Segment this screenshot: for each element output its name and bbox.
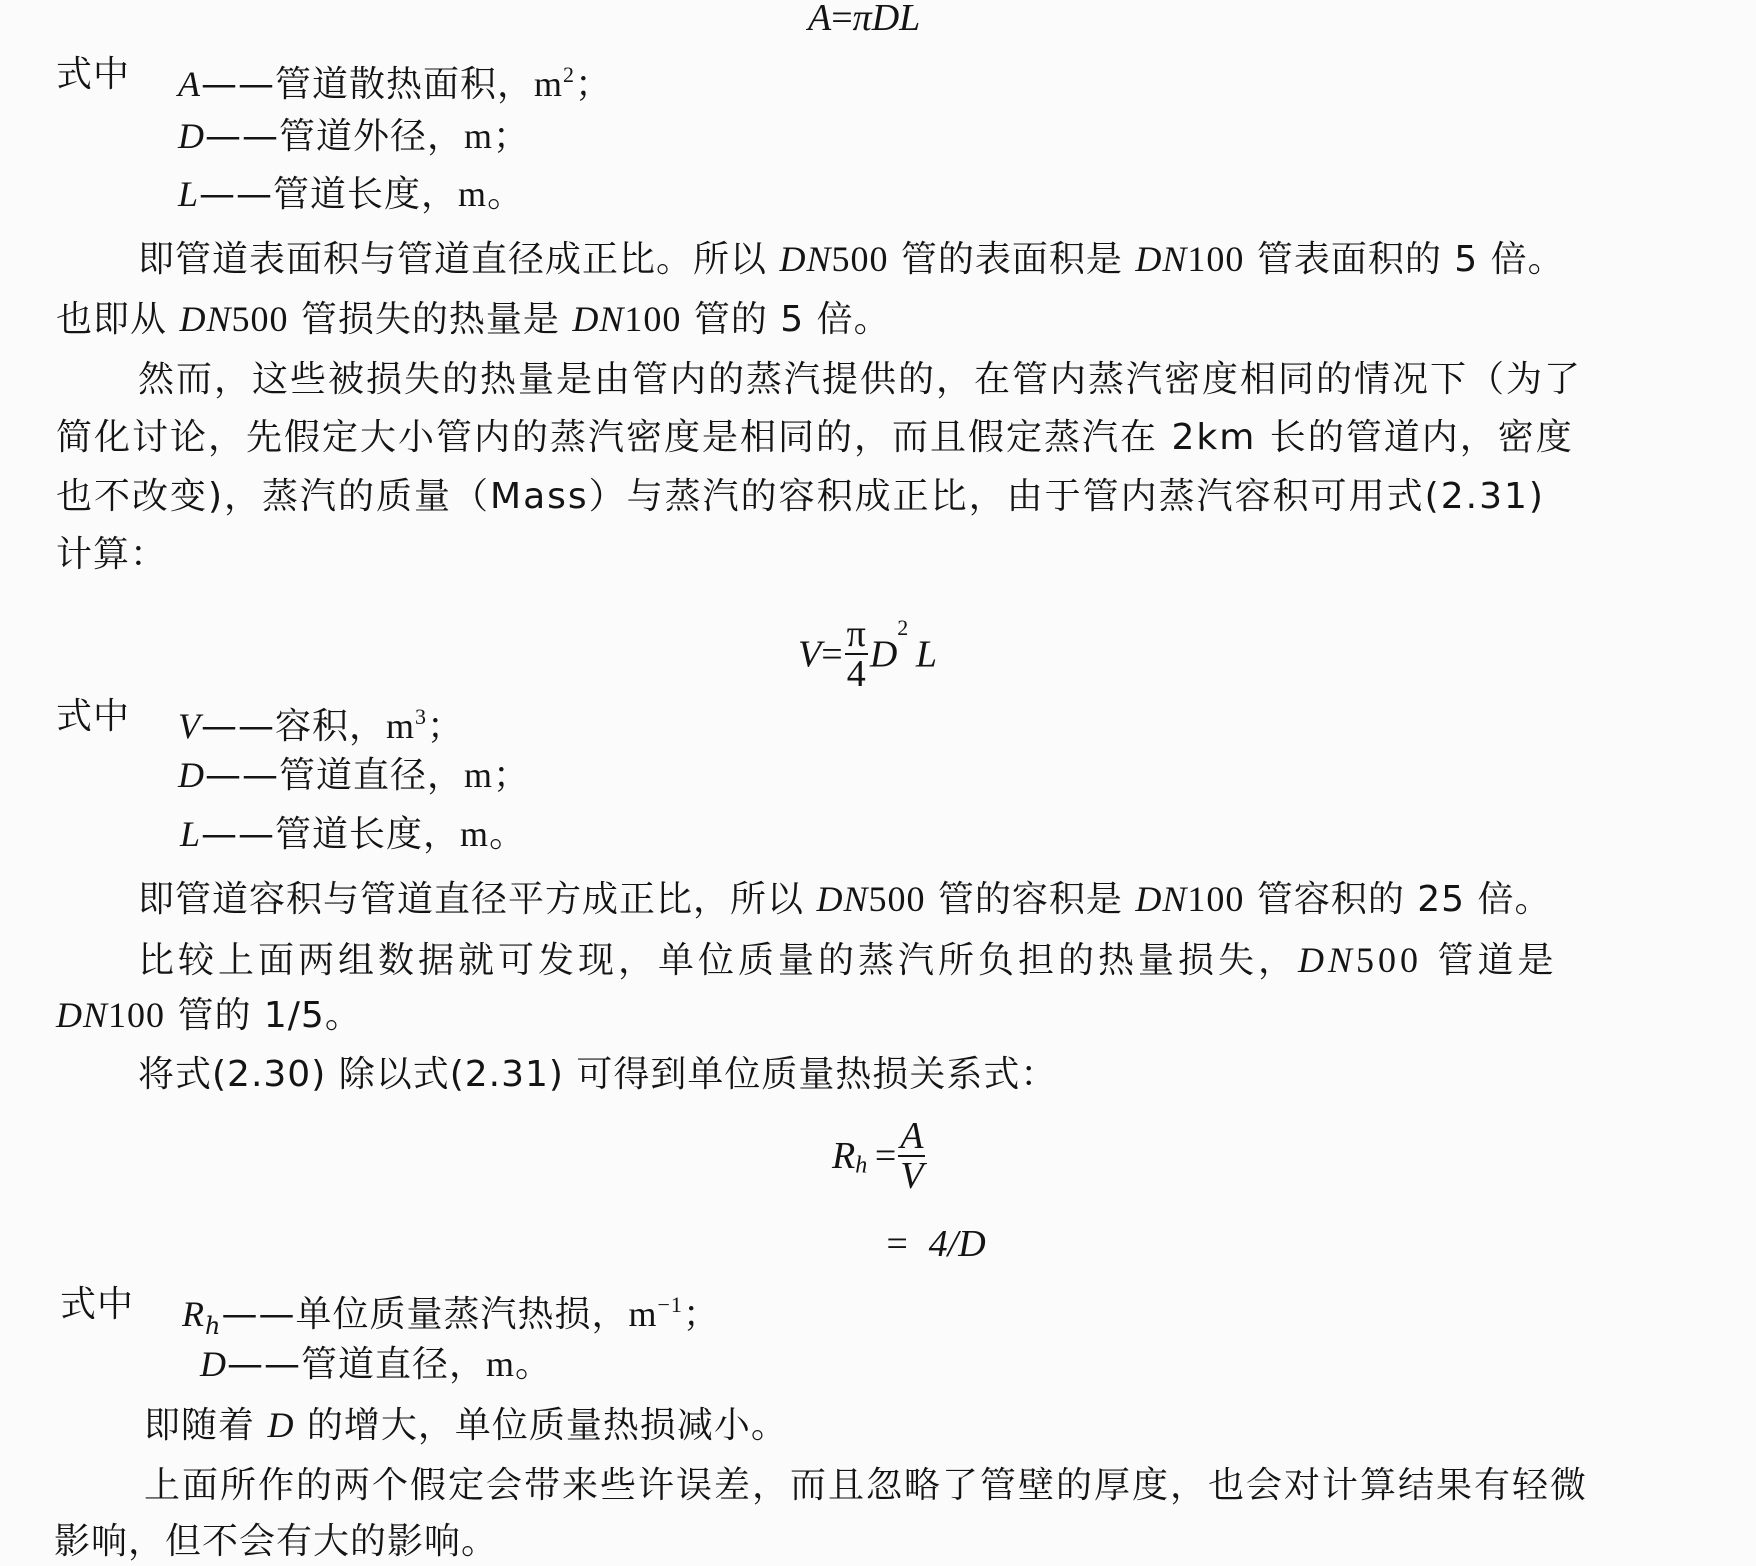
text: 管的容积是 (925, 879, 1135, 920)
dn-symbol: DN (572, 299, 624, 339)
paragraph-1-line-2: 也即从 DN500 管损失的热量是 DN100 管的 5 倍。 (56, 297, 891, 342)
text: 管的表面积是 (888, 239, 1135, 280)
where-item-length: L——管道长度，m。 (178, 172, 524, 217)
paragraph-4-line-2: DN100 管的 1/5。 (56, 993, 362, 1038)
text: 也即从 (56, 299, 179, 340)
where-prefix-3: 式中 (60, 1283, 134, 1327)
punctuation: 。 (487, 174, 524, 215)
document-page: A=πDL 式中 A——管道散热面积，m2； D——管道外径，m； L——管道长… (0, 0, 1756, 1566)
dn-symbol: DN (179, 299, 231, 339)
where-item-length-2: L——管道长度，m。 (180, 812, 526, 857)
symbol-d: D (178, 116, 205, 156)
dn-value: 100 (624, 299, 681, 339)
dash: —— (205, 755, 279, 796)
subscript-h: h (205, 1312, 221, 1340)
text: 比较上面两组数据就可发现，单位质量的蒸汽所负担的热量损失， (138, 940, 1298, 981)
paragraph-2-line-3: 也不改变)，蒸汽的质量（Mass）与蒸汽的容积成正比，由于管内蒸汽容积可用式(2… (56, 475, 1545, 519)
formula-rh-eq: = (875, 1135, 896, 1177)
punctuation: ； (575, 64, 612, 105)
text: 即管道容积与管道直径平方成正比，所以 (138, 879, 816, 920)
numerator: π (845, 616, 868, 652)
dn-value: 500 (868, 879, 925, 919)
text: 的增大，单位质量热损减小。 (294, 1405, 787, 1446)
fraction-a-over-v: AV (898, 1118, 925, 1194)
where-prefix-2: 式中 (56, 695, 130, 739)
paragraph-2-line-2: 简化讨论，先假定大小管内的蒸汽密度是相同的，而且假定蒸汽在 2km 长的管道内，… (56, 416, 1574, 460)
where-item-diameter-2: D——管道直径，m； (178, 753, 530, 798)
paragraph-4-line-1: 比较上面两组数据就可发现，单位质量的蒸汽所负担的热量损失，DN500 管道是 (138, 938, 1557, 983)
unit-exponent: 2 (563, 62, 575, 87)
text: 即管道表面积与管道直径成正比。所以 (138, 239, 779, 280)
unit: m (386, 706, 415, 746)
punctuation: ； (427, 706, 464, 747)
where-prefix-1: 式中 (56, 53, 130, 97)
text: 管道是 (1422, 940, 1557, 981)
unit: m (464, 116, 493, 156)
definition-text: 管道长度， (275, 814, 460, 855)
dash: —— (221, 1294, 295, 1335)
where-item-diameter: D——管道外径，m； (178, 114, 530, 159)
punctuation: 。 (515, 1344, 552, 1385)
dn-value: 100 (108, 995, 165, 1035)
where-item-area: A——管道散热面积，m2； (178, 53, 612, 107)
definition-text: 管道外径， (279, 116, 464, 157)
symbol-r: R (182, 1294, 205, 1334)
where-item-rh: Rh——单位质量蒸汽热损，m−1； (182, 1283, 720, 1348)
formula-volume: V=π4D2 L (798, 606, 937, 692)
unit-exponent: 3 (415, 704, 427, 729)
text: 管的 1/5。 (165, 995, 362, 1036)
paragraph-1-line-1: 即管道表面积与管道直径成正比。所以 DN500 管的表面积是 DN100 管表面… (138, 237, 1565, 282)
symbol-a: A (178, 64, 201, 104)
dash: —— (227, 1344, 301, 1385)
definition-text: 容积， (275, 706, 386, 747)
paragraph-2-line-4: 计算： (56, 533, 167, 577)
symbol-d: D (870, 633, 897, 675)
unit: m (534, 64, 563, 104)
unit: m (628, 1294, 657, 1334)
dash: —— (201, 64, 275, 105)
text: 管容积的 25 倍。 (1244, 879, 1551, 920)
paragraph-5: 将式(2.30) 除以式(2.31) 可得到单位质量热损关系式： (138, 1053, 1057, 1097)
definition-text: 管道长度， (273, 174, 458, 215)
dn-value: 500 (831, 239, 888, 279)
dn-value: 500 (231, 299, 288, 339)
paragraph-3: 即管道容积与管道直径平方成正比，所以 DN500 管的容积是 DN100 管容积… (138, 877, 1552, 922)
formula-volume-eq: = (821, 633, 842, 675)
fraction-pi-over-4: π4 (845, 616, 868, 692)
denominator: 4 (845, 656, 868, 692)
dash: —— (205, 116, 279, 157)
unit: m (460, 814, 489, 854)
unit-exponent: −1 (658, 1292, 683, 1317)
dash: —— (199, 174, 273, 215)
paragraph-7-line-2: 影响，但不会有大的影响。 (54, 1520, 498, 1564)
unit: m (458, 174, 487, 214)
punctuation: ； (683, 1294, 720, 1335)
symbol-l: L (178, 174, 199, 214)
dn-value: 100 (1187, 879, 1244, 919)
numerator: A (898, 1118, 925, 1154)
text: 管损失的热量是 (288, 299, 572, 340)
symbol-l: L (180, 814, 201, 854)
formula-volume-lhs: V (798, 633, 821, 675)
formula-area-lhs: A (808, 0, 831, 39)
text: 即随着 (144, 1405, 267, 1446)
text: 管表面积的 5 倍。 (1244, 239, 1564, 280)
dn-symbol: DN (1298, 940, 1356, 980)
paragraph-2-line-1: 然而，这些被损失的热量是由管内的蒸汽提供的，在管内蒸汽密度相同的情况下（为了 (138, 358, 1582, 402)
formula-rh: Rh =AV (832, 1118, 927, 1194)
formula-area-eq: = (831, 0, 852, 39)
formula-area-rhs: πDL (853, 0, 921, 39)
dn-symbol: DN (779, 239, 831, 279)
dn-symbol: DN (1135, 239, 1187, 279)
dn-value: 100 (1187, 239, 1244, 279)
punctuation: ； (493, 116, 530, 157)
definition-text: 管道直径， (279, 755, 464, 796)
symbol-d: D (200, 1344, 227, 1384)
paragraph-6: 即随着 D 的增大，单位质量热损减小。 (144, 1403, 788, 1448)
dn-value: 500 (1356, 940, 1422, 980)
symbol-d: D (178, 755, 205, 795)
unit: m (464, 755, 493, 795)
where-item-diameter-3: D——管道直径，m。 (200, 1342, 552, 1387)
dn-symbol: DN (1135, 879, 1187, 919)
symbol-d: D (267, 1405, 294, 1445)
formula-area: A=πDL (808, 0, 920, 40)
punctuation: ； (493, 755, 530, 796)
punctuation: 。 (489, 814, 526, 855)
dash: —— (201, 814, 275, 855)
denominator: V (898, 1158, 925, 1194)
definition-text: 管道散热面积， (275, 64, 534, 105)
symbol-l: L (916, 633, 937, 675)
subscript-h: h (855, 1153, 867, 1179)
dn-symbol: DN (56, 995, 108, 1035)
formula-rh-result: = 4/D (884, 1222, 986, 1266)
where-item-volume: V——容积，m3； (178, 695, 464, 749)
definition-text: 管道直径， (301, 1344, 486, 1385)
dash: —— (201, 706, 275, 747)
paragraph-7-line-1: 上面所作的两个假定会带来些许误差，而且忽略了管壁的厚度，也会对计算结果有轻微 (144, 1464, 1588, 1508)
exponent: 2 (897, 615, 908, 640)
definition-text: 单位质量蒸汽热损， (295, 1294, 628, 1335)
symbol-r: R (832, 1135, 855, 1177)
symbol-v: V (178, 706, 201, 746)
text: 管的 5 倍。 (681, 299, 890, 340)
dn-symbol: DN (816, 879, 868, 919)
unit: m (486, 1344, 515, 1384)
